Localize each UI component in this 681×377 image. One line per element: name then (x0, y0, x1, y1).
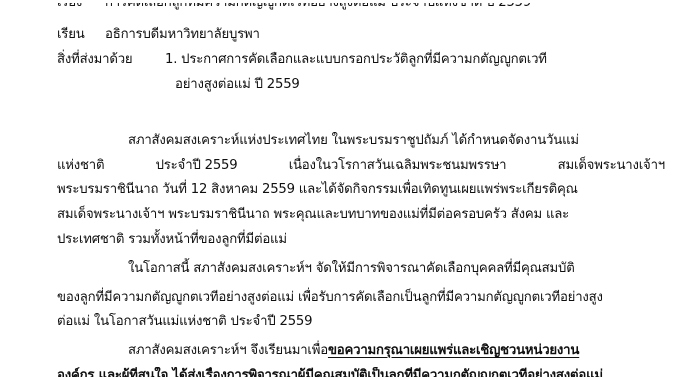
p2-line2: ของลูกที่มีความกตัญญูกตเวทีอย่างสูงต่อแม… (57, 289, 603, 307)
p1-line2-part4: สมเด็จพระนางเจ้าฯ (558, 157, 665, 175)
p1-line2: แห่งชาติ ประจำปี 2559 เนื่องในวโรกาสวันเ… (57, 157, 665, 175)
p1-line2-part3: เนื่องในวโรกาสวันเฉลิมพระชนมพรรษา (289, 157, 507, 175)
p3-underlined-publicize: เผยแพร่และ (410, 343, 476, 358)
p1-line2-part2: ประจำปี 2559 (156, 157, 238, 175)
p1-line2-part1: แห่งชาติ (57, 157, 104, 175)
enclosure-item-1-cont: อย่างสูงต่อแม่ ปี 2559 (175, 76, 300, 94)
p1-line5: ประเทศชาติ รวมทั้งหน้าที่ของลูกที่มีต่อแ… (57, 231, 287, 249)
subject-label: เรื่อง (57, 0, 101, 12)
document-page: เรื่อง การคัดเลือกลูกที่มีความกตัญญูกตเว… (0, 0, 681, 377)
to-line: เรียน อธิการบดีมหาวิทยาลัยบูรพา (57, 26, 260, 44)
p3-underlined-invite: เชิญชวนหน่วยงาน (476, 343, 579, 358)
p3-line1-plain: สภาสังคมสงเคราะห์ฯ จึงเรียนมาเพื่อ (128, 343, 328, 358)
subject-line: เรื่อง การคัดเลือกลูกที่มีความกตัญญูกตเว… (57, 0, 531, 12)
p1-line3: พระบรมราชินีนาถ วันที่ 12 สิงหาคม 2559 แ… (57, 181, 578, 199)
enclosure-item-1: 1. ประกาศการคัดเลือกและแบบกรอกประวัติลูก… (165, 52, 547, 67)
subject-text: การคัดเลือกลูกที่มีความกตัญญูกตเวทีอย่าง… (105, 0, 531, 10)
p2-line1: ในโอกาสนี้ สภาสังคมสงเคราะห์ฯ จัดให้มีกา… (128, 260, 575, 278)
p1-line4: สมเด็จพระนางเจ้าฯ พระบรมราชินีนาถ พระคุณ… (57, 206, 569, 224)
enclosure-label: สิ่งที่ส่งมาด้วย (57, 51, 161, 69)
p3-underlined-request: ขอความกรุณา (328, 343, 410, 358)
to-label: เรียน (57, 26, 101, 44)
p1-line1: สภาสังคมสงเคราะห์แห่งประเทศไทย ในพระบรมร… (128, 132, 579, 150)
enclosure-line: สิ่งที่ส่งมาด้วย 1. ประกาศการคัดเลือกและ… (57, 51, 547, 69)
p2-line3: ต่อแม่ ในโอกาสวันแม่แห่งชาติ ประจำปี 255… (57, 313, 312, 331)
p3-line2-partial: องค์กร และผู้ที่สนใจ ได้ส่งเรื่องการพิจา… (57, 367, 603, 377)
p3-line1: สภาสังคมสงเคราะห์ฯ จึงเรียนมาเพื่อขอความ… (128, 342, 579, 360)
to-text: อธิการบดีมหาวิทยาลัยบูรพา (105, 27, 260, 42)
